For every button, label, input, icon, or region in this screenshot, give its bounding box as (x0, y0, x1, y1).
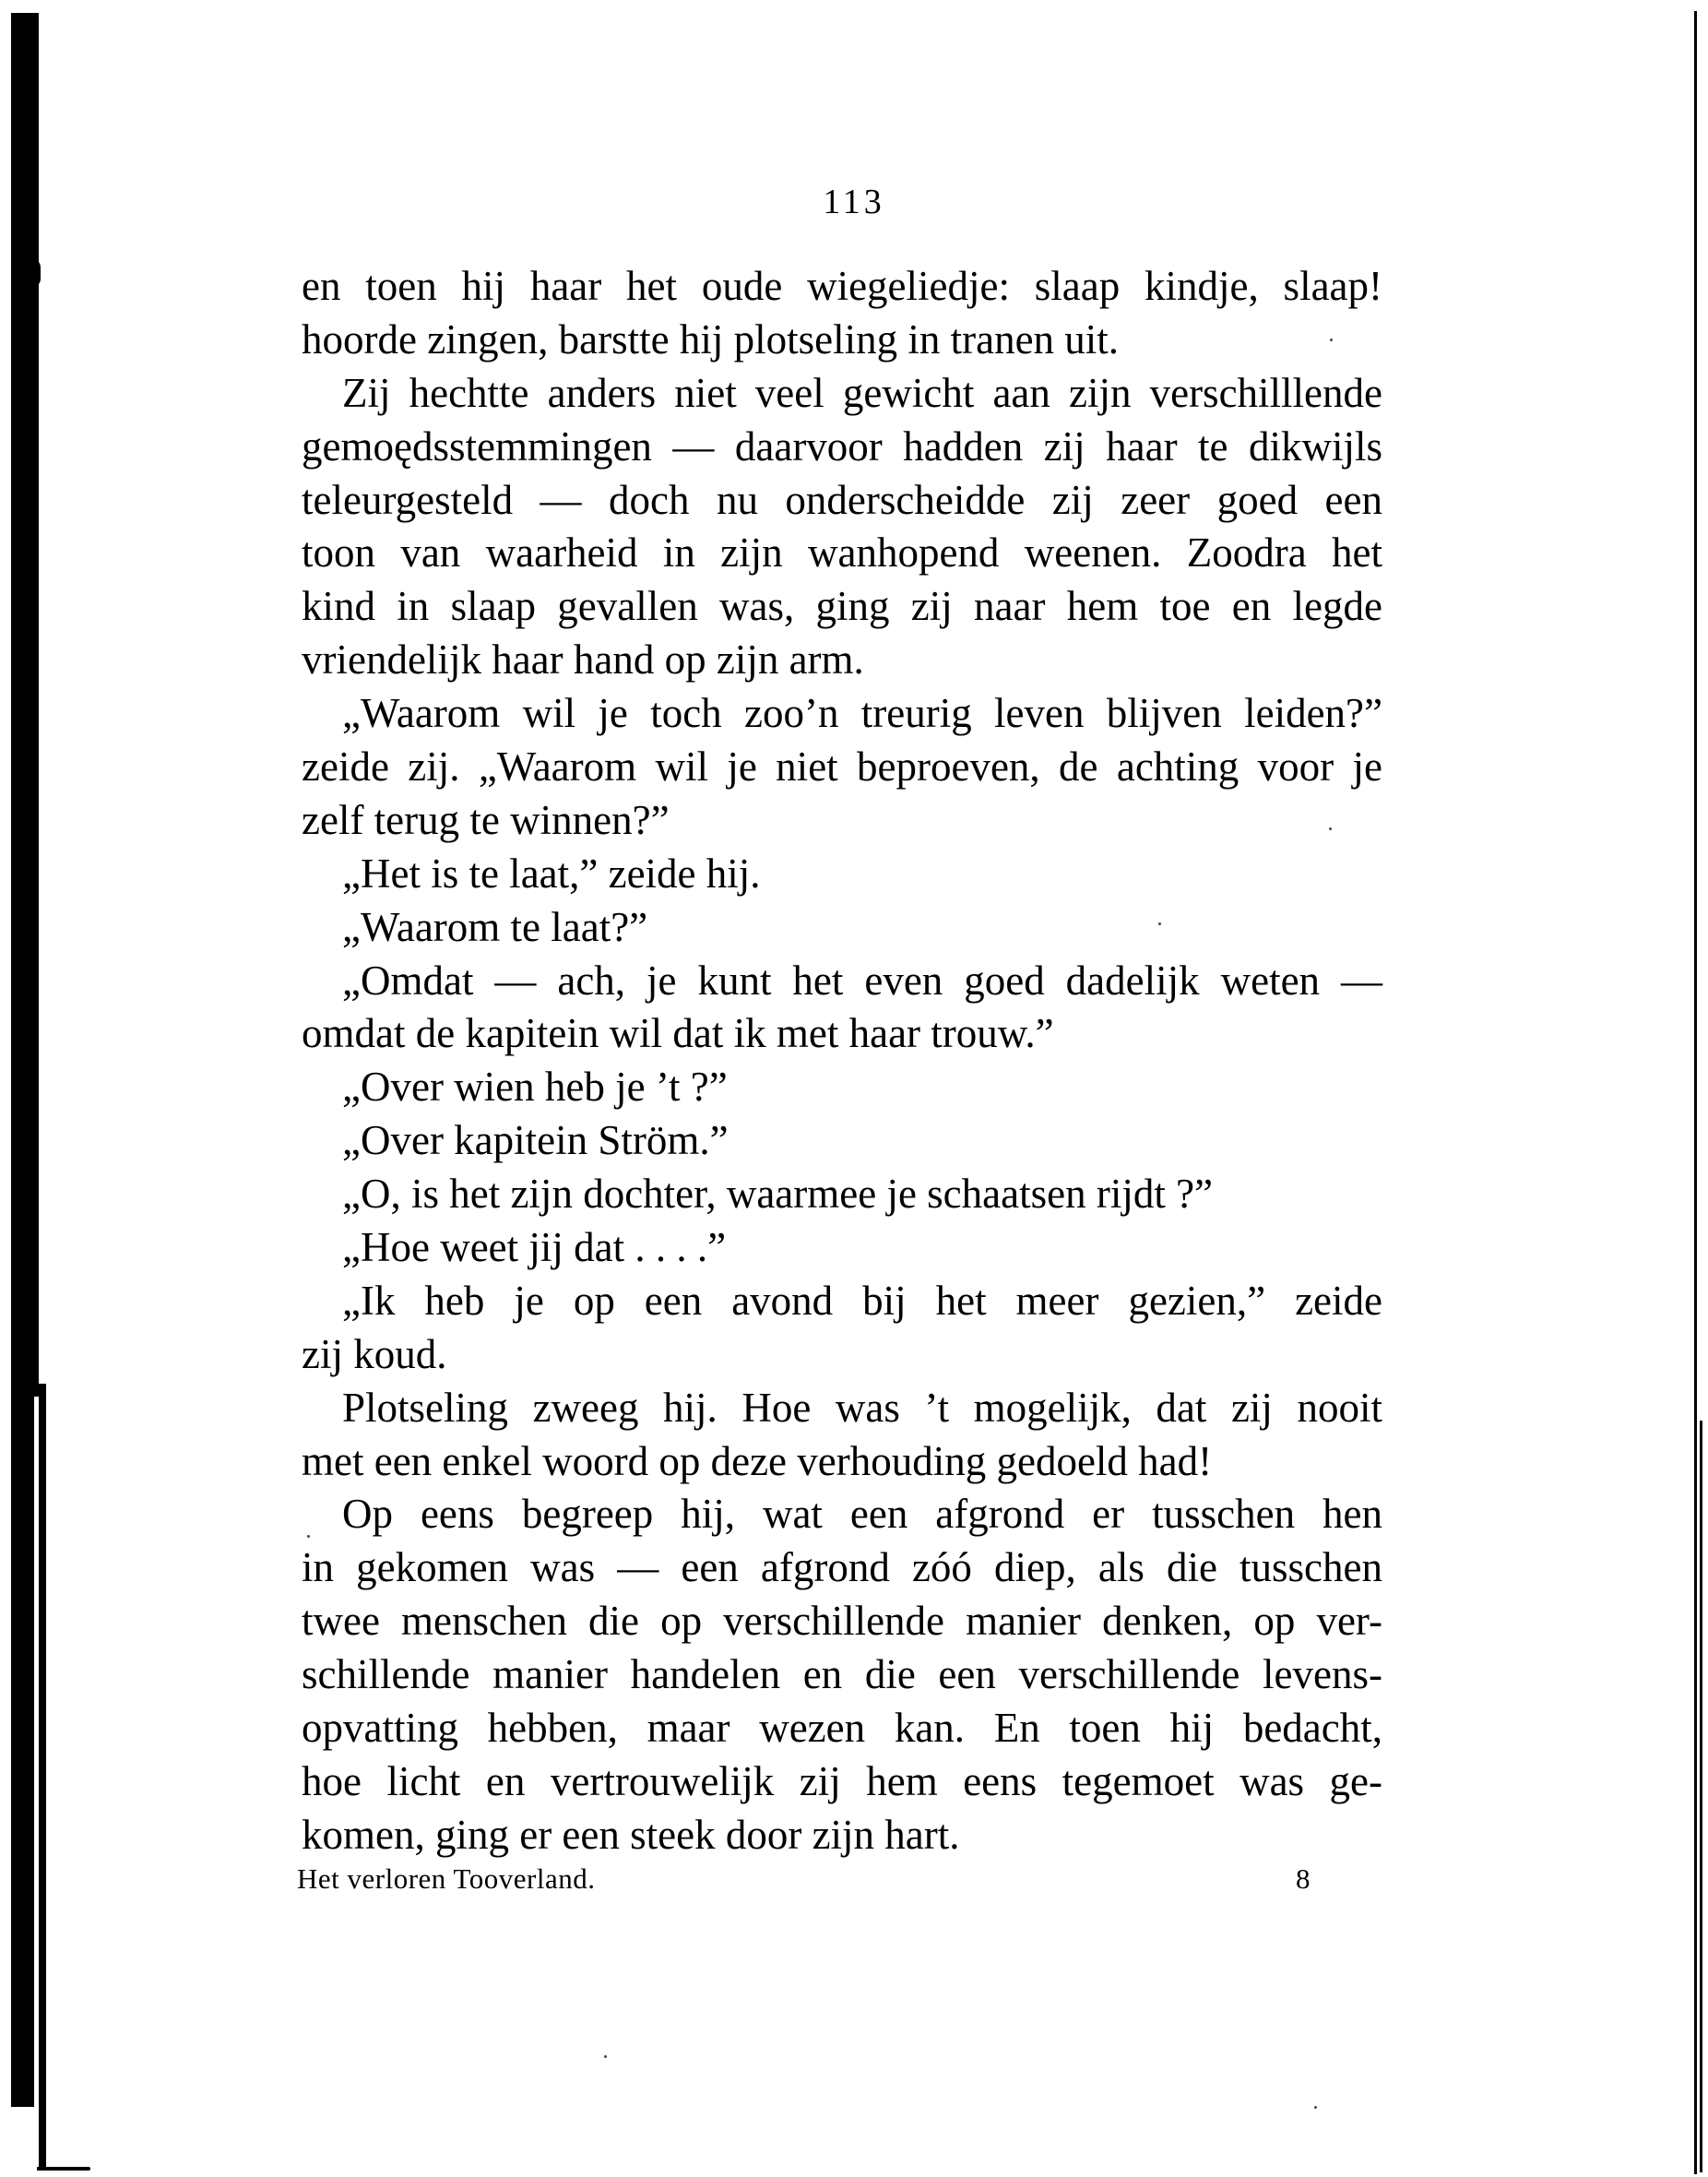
text-line: Plotseling zweeg hij. Hoe was ’t mogelij… (302, 1382, 1382, 1435)
page-number: 113 (0, 181, 1708, 223)
text-line: „Waarom te laat?” (302, 901, 1382, 955)
text-line: „Hoe weet jij dat . . . .” (302, 1221, 1382, 1275)
text-line: toon van waarheid in zijn wanhopend ween… (302, 527, 1382, 580)
text-line: „O, is het zijn dochter, waarmee je scha… (302, 1168, 1382, 1221)
text-line: kind in slaap gevallen was, ging zij naa… (302, 580, 1382, 634)
text-line: zelf terug te winnen?” (302, 794, 1382, 848)
text-line: hoe licht en vertrouwelijk zij hem eens … (302, 1755, 1382, 1809)
text-line: schillende manier handelen en die een ve… (302, 1648, 1382, 1702)
scan-speck (1330, 339, 1333, 341)
text-line: teleurgesteld — doch nu onderscheidde zi… (302, 474, 1382, 528)
text-line: komen, ging er een steek door zijn hart. (302, 1809, 1382, 1862)
binding-edge-tail (39, 1384, 46, 2170)
footer-signature-mark: 8 (1296, 1859, 1311, 1899)
text-line: en toen hij haar het oude wiegeliedje: s… (302, 260, 1382, 314)
scan-speck (604, 2055, 607, 2058)
text-line: Op eens begreep hij, wat een afgrond er … (302, 1488, 1382, 1541)
text-line: „Over wien heb je ’t ?” (302, 1061, 1382, 1114)
text-line: zeide zij. „Waarom wil je niet beproeven… (302, 741, 1382, 794)
text-line: opvatting hebben, maar wezen kan. En toe… (302, 1702, 1382, 1755)
scan-speck (307, 1535, 310, 1538)
text-line: vriendelijk haar hand op zijn arm. (302, 634, 1382, 687)
text-line: met een enkel woord op deze verhouding g… (302, 1435, 1382, 1489)
scan-speck (1314, 2106, 1317, 2109)
text-line: twee menschen die op verschillende manie… (302, 1595, 1382, 1648)
text-line: zij koud. (302, 1328, 1382, 1382)
page-footer: Het verloren Tooverland. 8 (297, 1859, 1311, 1899)
binding-edge-foot (37, 2167, 90, 2171)
binding-edge-bulge (28, 258, 41, 288)
page-edge-right-inner (1700, 1421, 1702, 2172)
scan-speck (1158, 922, 1161, 925)
page-edge-right (1694, 11, 1697, 2174)
text-line: gemoędsstemmingen — daarvoor hadden zij … (302, 421, 1382, 474)
scan-speck (1329, 827, 1332, 830)
text-line: Zij hechtte anders niet veel gewicht aan… (302, 367, 1382, 421)
text-line: „Waarom wil je toch zoo’n treurig leven … (302, 687, 1382, 741)
text-line: „Omdat — ach, je kunt het even goed dade… (302, 955, 1382, 1008)
text-line: „Over kapitein Ström.” (302, 1114, 1382, 1168)
text-line: hoorde zingen, barstte hij plotseling in… (302, 314, 1382, 367)
text-line: omdat de kapitein wil dat ik met haar tr… (302, 1007, 1382, 1061)
text-line: „Ik heb je op een avond bij het meer gez… (302, 1275, 1382, 1328)
body-text: en toen hij haar het oude wiegeliedje: s… (302, 260, 1382, 1862)
text-line: in gekomen was — een afgrond zóó diep, a… (302, 1541, 1382, 1595)
binding-edge-shadow-lower (11, 13, 34, 2107)
book-page: 113 en toen hij haar het oude wiegeliedj… (0, 0, 1708, 2177)
footer-book-title: Het verloren Tooverland. (297, 1859, 595, 1899)
text-line: „Het is te laat,” zeide hij. (302, 848, 1382, 901)
